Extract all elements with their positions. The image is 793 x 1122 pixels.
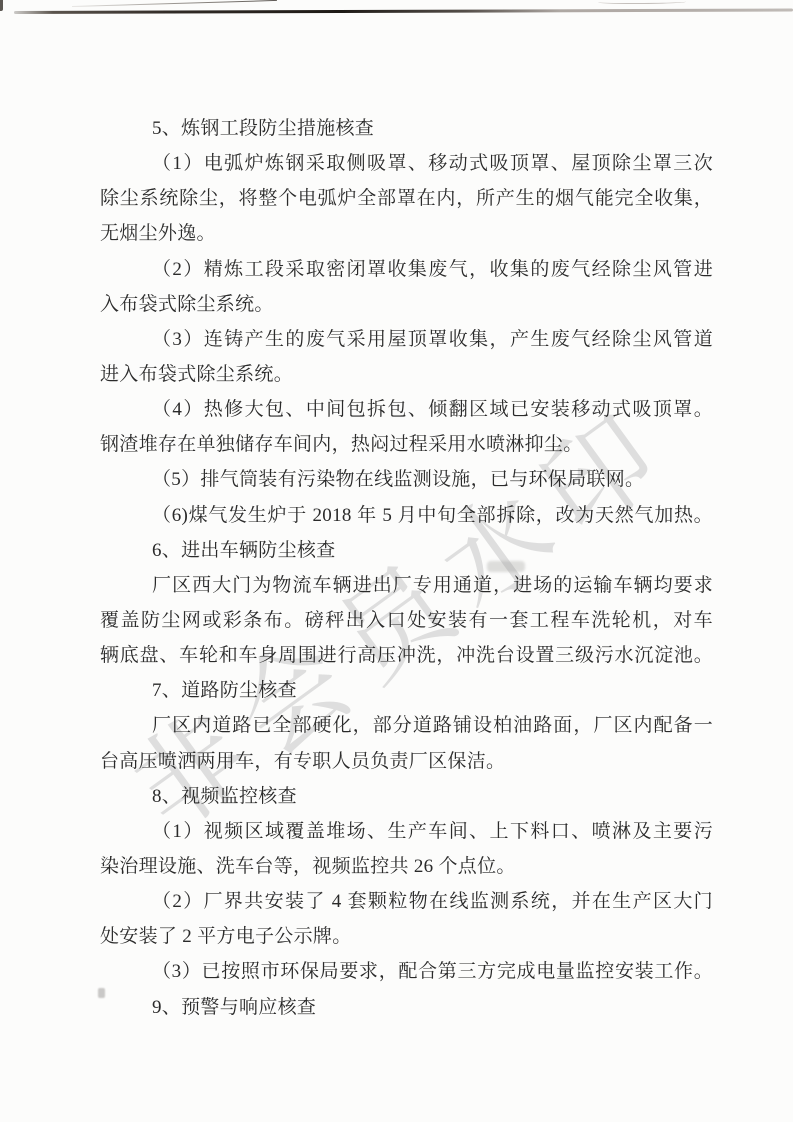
text-line: 入布袋式除尘系统。 xyxy=(100,287,713,322)
document-body: 5、炼钢工段防尘措施核查（1）电弧炉炼钢采取侧吸罩、移动式吸顶罩、屋顶除尘罩三次… xyxy=(100,111,713,1025)
text-line: （6)煤气发生炉于 2018 年 5 月中旬全部拆除，改为天然气加热。 xyxy=(100,498,713,533)
text-line: 无烟尘外逸。 xyxy=(100,216,713,251)
text-line: 厂区西大门为物流车辆进出厂专用通道，进场的运输车辆均要求 xyxy=(100,568,713,603)
text-line: （2）厂界共安装了 4 套颗粒物在线监测系统，并在生产区大门 xyxy=(100,884,713,919)
text-line: 处安装了 2 平方电子公示牌。 xyxy=(100,919,713,954)
text-line: （5）排气筒装有污染物在线监测设施，已与环保局联网。 xyxy=(100,462,713,497)
text-line: 6、进出车辆防尘核查 xyxy=(100,533,713,568)
text-line: （4）热修大包、中间包拆包、倾翻区域已安装移动式吸顶罩。 xyxy=(100,392,713,427)
text-line: 8、视频监控核查 xyxy=(100,779,713,814)
text-line: （2）精炼工段采取密闭罩收集废气，收集的废气经除尘风管进 xyxy=(100,252,713,287)
text-line: 进入布袋式除尘系统。 xyxy=(100,357,713,392)
text-line: 厂区内道路已全部硬化，部分道路铺设柏油路面，厂区内配备一 xyxy=(100,708,713,743)
text-line: （1）视频区域覆盖堆场、生产车间、上下料口、喷淋及主要污 xyxy=(100,814,713,849)
text-line: 钢渣堆存在单独储存车间内，热闷过程采用水喷淋抑尘。 xyxy=(100,427,713,462)
text-line: 染治理设施、洗车台等，视频监控共 26 个点位。 xyxy=(100,849,713,884)
text-line: （3）已按照市环保局要求，配合第三方完成电量监控安装工作。 xyxy=(100,954,713,989)
scan-artifact-squiggle xyxy=(598,0,686,4)
scan-artifact-diagonal-line xyxy=(72,0,277,7)
scanned-page: 非会员水印 5、炼钢工段防尘措施核查（1）电弧炉炼钢采取侧吸罩、移动式吸顶罩、屋… xyxy=(0,0,793,1122)
text-line: 7、道路防尘核查 xyxy=(100,673,713,708)
scan-noise-smudge xyxy=(487,561,525,572)
text-line: 辆底盘、车轮和车身周围进行高压冲洗，冲洗台设置三级污水沉淀池。 xyxy=(100,638,713,673)
text-line: （1）电弧炉炼钢采取侧吸罩、移动式吸顶罩、屋顶除尘罩三次 xyxy=(100,146,713,181)
text-line: 覆盖防尘网或彩条布。磅秤出入口处安装有一套工程车洗轮机，对车 xyxy=(100,603,713,638)
text-line: 5、炼钢工段防尘措施核查 xyxy=(100,111,713,146)
text-line: 台高压喷洒两用车，有专职人员负责厂区保洁。 xyxy=(100,744,713,779)
scan-artifact-corner-mark xyxy=(0,0,3,11)
scan-artifact-top-line xyxy=(14,9,793,14)
text-line: 9、预警与响应核查 xyxy=(100,990,713,1025)
text-line: 除尘系统除尘，将整个电弧炉全部罩在内，所产生的烟气能完全收集， xyxy=(100,181,713,216)
scan-artifact-edge-mark xyxy=(98,988,105,998)
text-line: （3）连铸产生的废气采用屋顶罩收集，产生废气经除尘风管道 xyxy=(100,322,713,357)
